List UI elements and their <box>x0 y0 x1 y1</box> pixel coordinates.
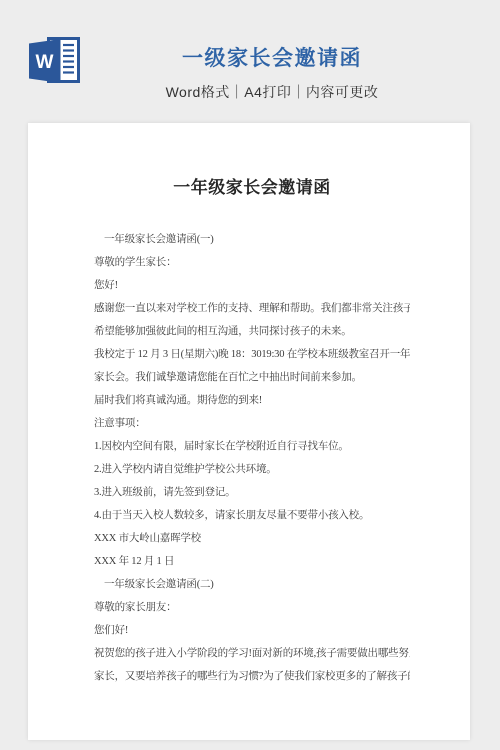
doc-line: 家长，又要培养孩子的哪些行为习惯?为了使我们家校更多的了解孩子的学习、 <box>94 665 410 688</box>
doc-line: 届时我们将真诚沟通。期待您的到来! <box>94 389 410 412</box>
doc-line: 尊敬的学生家长： <box>94 251 410 274</box>
doc-line: 注意事项： <box>94 412 410 435</box>
page-title: 一级家长会邀请函 <box>44 42 500 72</box>
header-text: 一级家长会邀请函 Word格式｜A4打印｜内容可更改 <box>0 42 500 102</box>
doc-line: 希望能够加强彼此间的相互沟通，共同探讨孩子的未来。 <box>94 320 410 343</box>
doc-line: 您好! <box>94 274 410 297</box>
doc-line: 3.进入班级前，请先签到登记。 <box>94 481 410 504</box>
doc-line: 感谢您一直以来对学校工作的支持、理解和帮助。我们都非常关注孩子的成长， <box>94 297 410 320</box>
doc-line: XXX 市大岭山嘉晖学校 <box>94 527 410 550</box>
doc-line: 我校定于 12 月 3 日(星期六)晚 18：3019:30 在学校本班级教室召… <box>94 343 410 366</box>
doc-line: XXX 年 12 月 1 日 <box>94 550 410 573</box>
document-title: 一年级家长会邀请函 <box>94 175 410 201</box>
header: W 一级家长会邀请函 Word格式｜A4打印｜内容可更改 <box>0 0 500 123</box>
doc-line: 1.因校内空间有限，届时家长在学校附近自行寻找车位。 <box>94 435 410 458</box>
doc-line: 4.由于当天入校人数较多，请家长朋友尽量不要带小孩入校。 <box>94 504 410 527</box>
doc-line: 一年级家长会邀请函(一) <box>94 228 410 251</box>
doc-line: 一年级家长会邀请函(二) <box>94 573 410 596</box>
document-page: 一年级家长会邀请函 一年级家长会邀请函(一) 尊敬的学生家长： 您好! 感谢您一… <box>28 123 470 740</box>
doc-line: 尊敬的家长朋友： <box>94 596 410 619</box>
doc-line: 家长会。我们诚挚邀请您能在百忙之中抽出时间前来参加。 <box>94 366 410 389</box>
document-body: 一年级家长会邀请函(一) 尊敬的学生家长： 您好! 感谢您一直以来对学校工作的支… <box>94 228 410 688</box>
doc-line: 您们好! <box>94 619 410 642</box>
page-subtitle: Word格式｜A4打印｜内容可更改 <box>44 82 500 102</box>
doc-line: 祝贺您的孩子进入小学阶段的学习!面对新的环境,孩子需要做出哪些努力?作为 <box>94 642 410 665</box>
doc-line: 2.进入学校内请自觉维护学校公共环境。 <box>94 458 410 481</box>
